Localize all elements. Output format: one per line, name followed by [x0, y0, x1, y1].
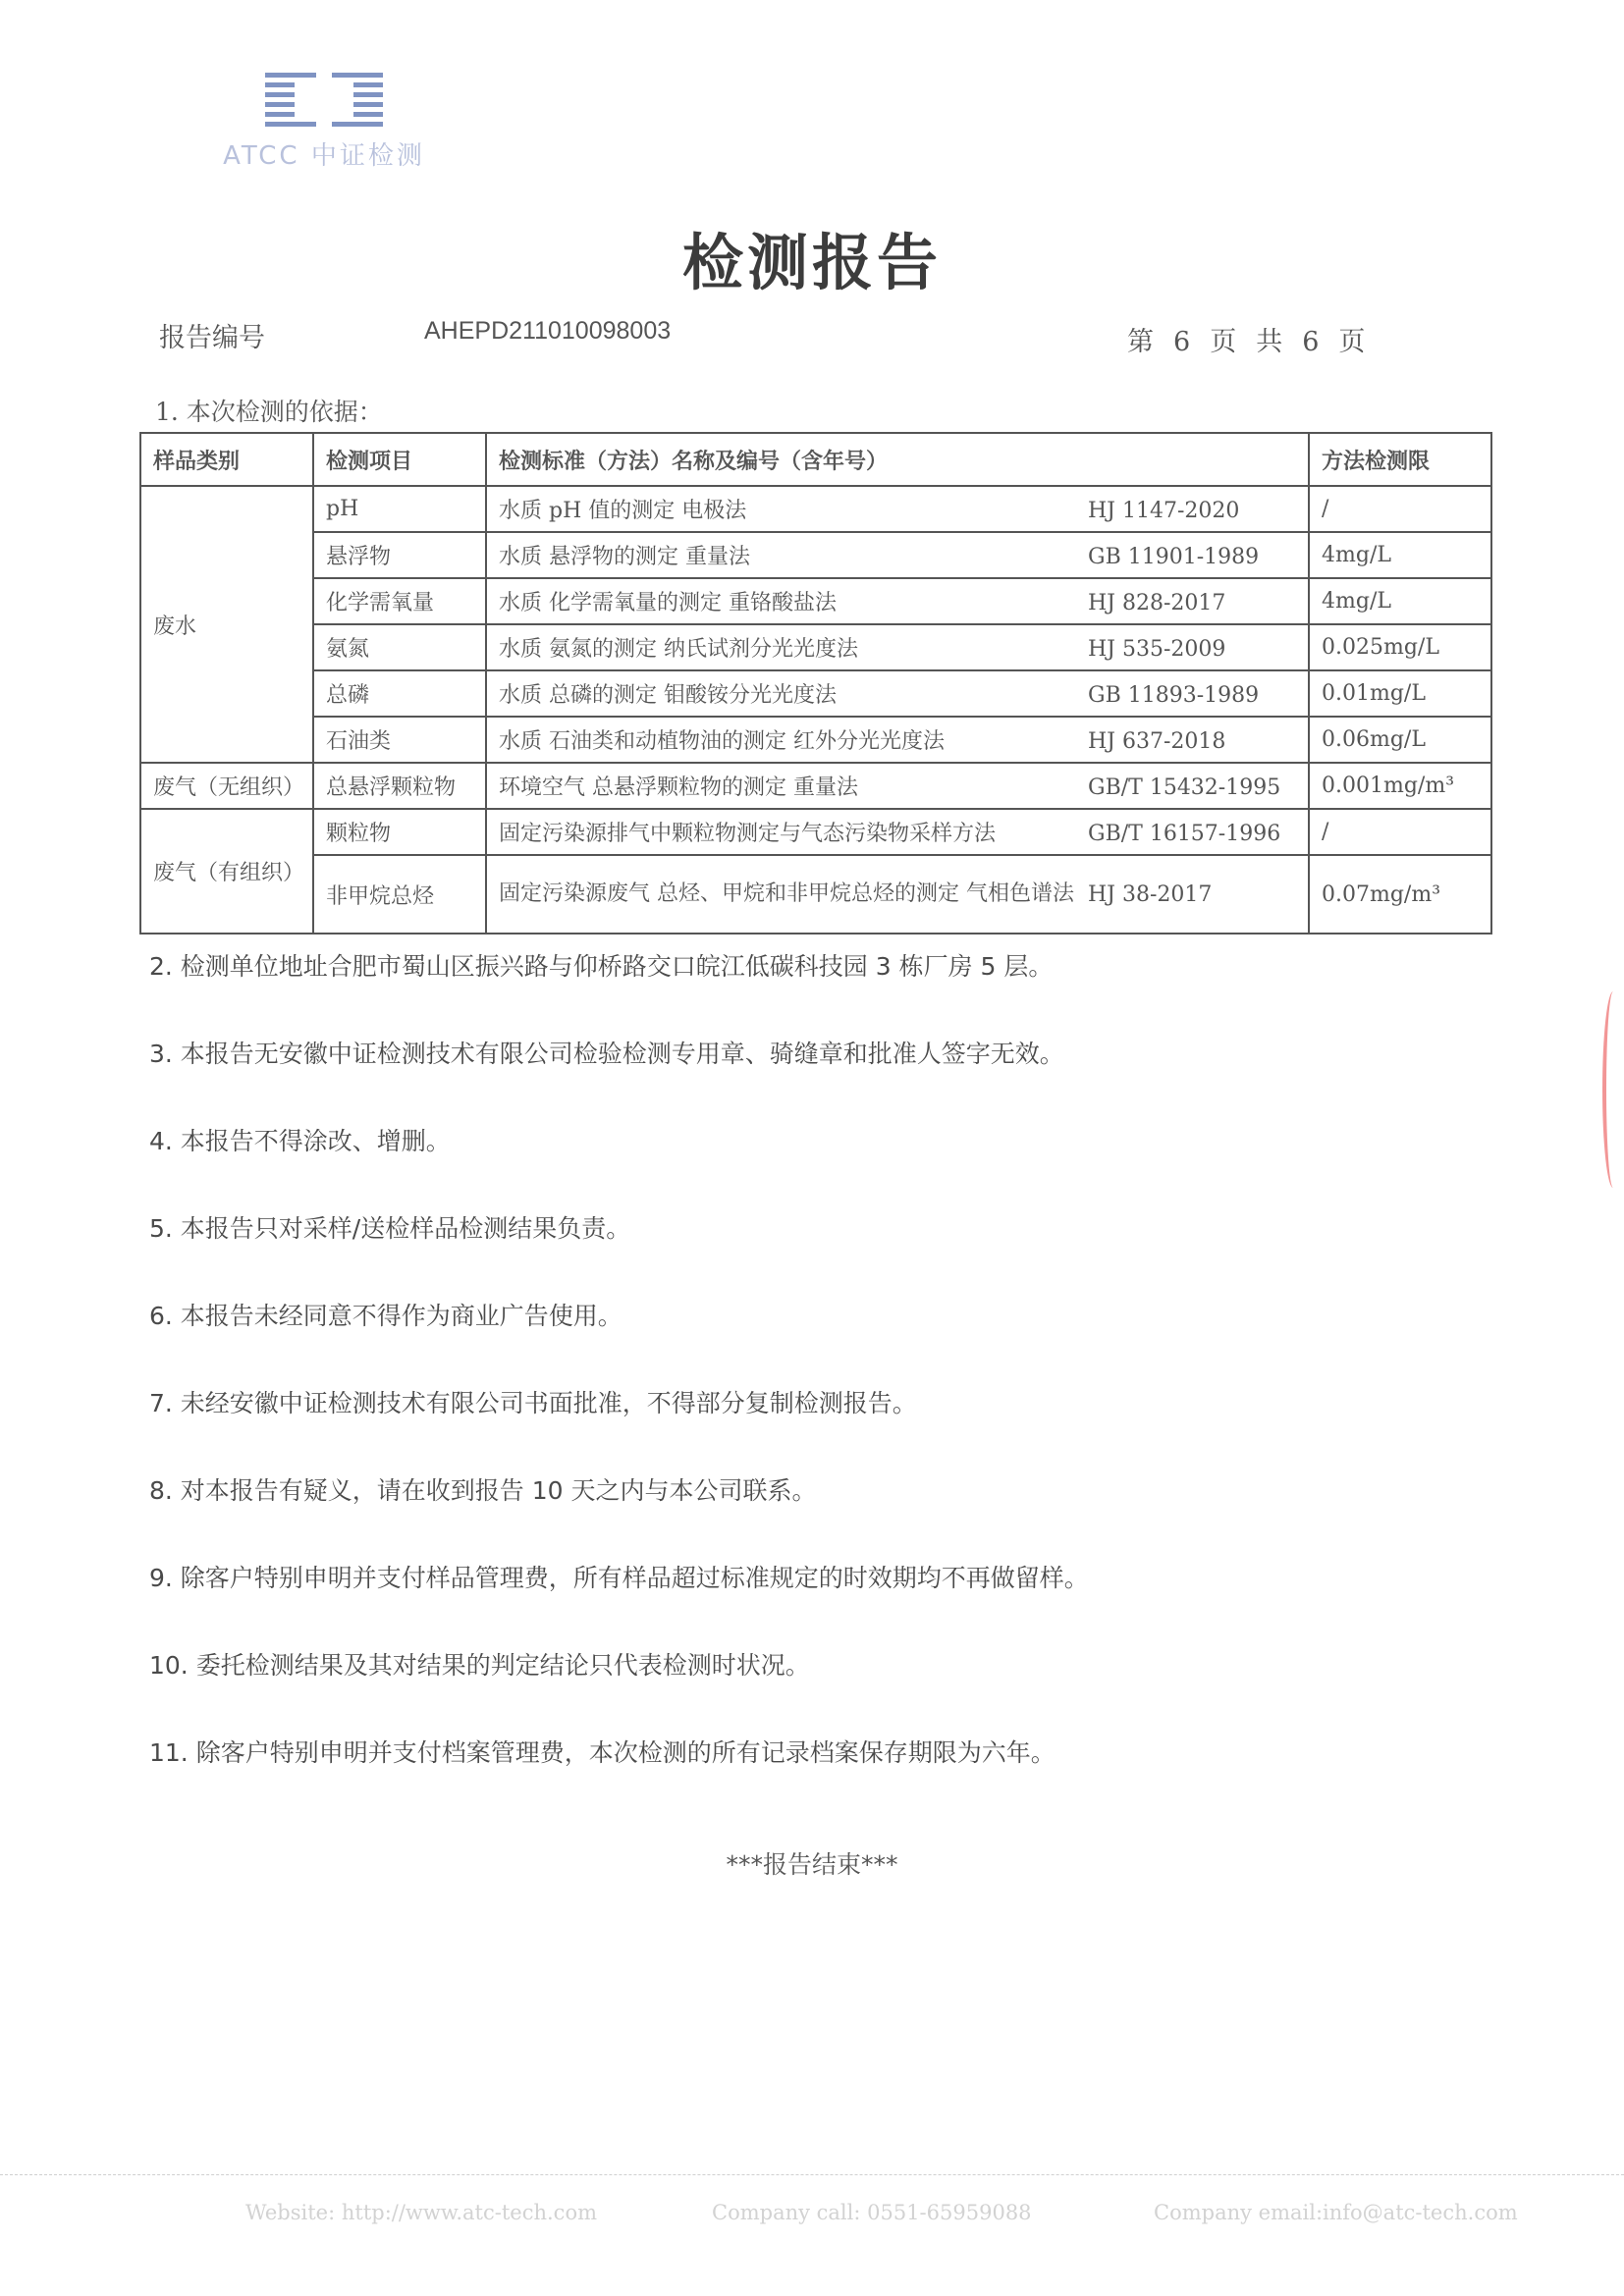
note-item: 10. 委托检测结果及其对结果的判定结论只代表检测时状况。 — [149, 1646, 1475, 1734]
note-item: 5. 本报告只对采样/送检样品检测结果负责。 — [149, 1209, 1475, 1297]
page-info-text: 第 — [1127, 327, 1154, 357]
notes-list: 2. 检测单位地址合肥市蜀山区振兴路与仰桥路交口皖江低碳科技园 3 栋厂房 5 … — [149, 947, 1475, 1821]
item-cell: 氨氮 — [313, 624, 486, 670]
header-cell: 方法检测限 — [1309, 433, 1491, 486]
method-name: 水质 氨氮的测定 纳氏试剂分光光度法 — [499, 632, 1088, 663]
report-number-label: 报告编号 — [159, 316, 265, 354]
note-item: 9. 除客户特别申明并支付样品管理费，所有样品超过标准规定的时效期均不再做留样。 — [149, 1559, 1475, 1646]
method-cell: 水质 悬浮物的测定 重量法GB 11901-1989 — [486, 532, 1309, 578]
limit-cell: 0.06mg/L — [1309, 717, 1491, 763]
seal-stamp-edge-icon — [1602, 991, 1624, 1188]
note-item: 2. 检测单位地址合肥市蜀山区振兴路与仰桥路交口皖江低碳科技园 3 栋厂房 5 … — [149, 947, 1475, 1035]
testing-basis-table: 样品类别 检测项目 检测标准（方法）名称及编号（含年号） 方法检测限 废水 pH… — [139, 432, 1492, 934]
method-name: 环境空气 总悬浮颗粒物的测定 重量法 — [499, 771, 1088, 801]
note-item: 7. 未经安徽中证检测技术有限公司书面批准，不得部分复制检测报告。 — [149, 1384, 1475, 1471]
header-cell: 检测标准（方法）名称及编号（含年号） — [486, 433, 1309, 486]
method-name: 固定污染源排气中颗粒物测定与气态污染物采样方法 — [499, 817, 1088, 847]
method-cell: 环境空气 总悬浮颗粒物的测定 重量法GB/T 15432-1995 — [486, 763, 1309, 809]
header-cell: 检测项目 — [313, 433, 486, 486]
table-row: 总磷 水质 总磷的测定 钼酸铵分光光度法GB 11893-1989 0.01mg… — [140, 670, 1491, 717]
category-cell: 废水 — [140, 486, 313, 763]
method-cell: 水质 pH 值的测定 电极法HJ 1147-2020 — [486, 486, 1309, 532]
logo-text: ATCC 中证检测 — [196, 135, 452, 172]
table-row: 废水 pH 水质 pH 值的测定 电极法HJ 1147-2020 / — [140, 486, 1491, 532]
logo-mark-icon — [265, 73, 383, 128]
method-name: 水质 悬浮物的测定 重量法 — [499, 540, 1088, 570]
limit-cell: / — [1309, 809, 1491, 855]
table-row: 废气（无组织） 总悬浮颗粒物 环境空气 总悬浮颗粒物的测定 重量法GB/T 15… — [140, 763, 1491, 809]
note-item: 8. 对本报告有疑义，请在收到报告 10 天之内与本公司联系。 — [149, 1471, 1475, 1559]
item-cell: 悬浮物 — [313, 532, 486, 578]
item-cell: 总悬浮颗粒物 — [313, 763, 486, 809]
table-header-row: 样品类别 检测项目 检测标准（方法）名称及编号（含年号） 方法检测限 — [140, 433, 1491, 486]
method-name: 固定污染源废气 总烃、甲烷和非甲烷总烃的测定 气相色谱法 — [499, 877, 1088, 912]
section-title: 1. 本次检测的依据： — [155, 393, 383, 428]
method-code: HJ 535-2009 — [1088, 637, 1225, 662]
table-row: 氨氮 水质 氨氮的测定 纳氏试剂分光光度法HJ 535-2009 0.025mg… — [140, 624, 1491, 670]
limit-cell: 0.01mg/L — [1309, 670, 1491, 717]
note-item: 3. 本报告无安徽中证检测技术有限公司检验检测专用章、骑缝章和批准人签字无效。 — [149, 1035, 1475, 1122]
total-pages: 6 — [1302, 327, 1319, 357]
limit-cell: / — [1309, 486, 1491, 532]
footer-phone: Company call: 0551-65959088 — [712, 2201, 1032, 2224]
method-code: GB/T 16157-1996 — [1088, 822, 1280, 846]
limit-cell: 4mg/L — [1309, 532, 1491, 578]
table-row: 非甲烷总烃 固定污染源废气 总烃、甲烷和非甲烷总烃的测定 气相色谱法HJ 38-… — [140, 855, 1491, 934]
method-cell: 水质 化学需氧量的测定 重铬酸盐法HJ 828-2017 — [486, 578, 1309, 624]
page-info-text: 共 — [1256, 327, 1282, 357]
company-logo: ATCC 中证检测 — [196, 59, 452, 172]
note-item: 11. 除客户特别申明并支付档案管理费，本次检测的所有记录档案保存期限为六年。 — [149, 1734, 1475, 1821]
method-name: 水质 化学需氧量的测定 重铬酸盐法 — [499, 586, 1088, 616]
method-code: GB/T 15432-1995 — [1088, 775, 1280, 800]
table-row: 悬浮物 水质 悬浮物的测定 重量法GB 11901-1989 4mg/L — [140, 532, 1491, 578]
method-name: 水质 石油类和动植物油的测定 红外分光光度法 — [499, 724, 1088, 755]
method-name: 水质 pH 值的测定 电极法 — [499, 494, 1088, 524]
limit-cell: 0.001mg/m³ — [1309, 763, 1491, 809]
item-cell: pH — [313, 486, 486, 532]
page-info-text: 页 — [1210, 327, 1236, 357]
limit-cell: 0.025mg/L — [1309, 624, 1491, 670]
item-cell: 颗粒物 — [313, 809, 486, 855]
page-info-text: 页 — [1338, 327, 1365, 357]
method-code: HJ 1147-2020 — [1088, 499, 1239, 523]
report-number: AHEPD211010098003 — [424, 317, 671, 346]
category-cell: 废气（有组织） — [140, 809, 313, 934]
footer-email: Company email:info@atc-tech.com — [1154, 2201, 1518, 2224]
item-cell: 非甲烷总烃 — [313, 855, 486, 934]
method-name: 水质 总磷的测定 钼酸铵分光光度法 — [499, 678, 1088, 709]
method-cell: 固定污染源排气中颗粒物测定与气态污染物采样方法GB/T 16157-1996 — [486, 809, 1309, 855]
footer-website: Website: http://www.atc-tech.com — [245, 2201, 597, 2224]
limit-cell: 4mg/L — [1309, 578, 1491, 624]
item-cell: 总磷 — [313, 670, 486, 717]
table-row: 废气（有组织） 颗粒物 固定污染源排气中颗粒物测定与气态污染物采样方法GB/T … — [140, 809, 1491, 855]
table-row: 化学需氧量 水质 化学需氧量的测定 重铬酸盐法HJ 828-2017 4mg/L — [140, 578, 1491, 624]
method-code: GB 11893-1989 — [1088, 683, 1259, 708]
method-code: HJ 38-2017 — [1088, 882, 1212, 907]
current-page: 6 — [1173, 327, 1190, 357]
method-cell: 水质 石油类和动植物油的测定 红外分光光度法HJ 637-2018 — [486, 717, 1309, 763]
method-code: GB 11901-1989 — [1088, 545, 1259, 569]
page-info: 第6页共6页 — [1127, 320, 1384, 358]
document-title: 检测报告 — [0, 214, 1624, 301]
method-cell: 水质 氨氮的测定 纳氏试剂分光光度法HJ 535-2009 — [486, 624, 1309, 670]
header-cell: 样品类别 — [140, 433, 313, 486]
footer-divider — [0, 2174, 1624, 2175]
item-cell: 石油类 — [313, 717, 486, 763]
report-end-mark: ***报告结束*** — [0, 1845, 1624, 1881]
limit-cell: 0.07mg/m³ — [1309, 855, 1491, 934]
table-row: 石油类 水质 石油类和动植物油的测定 红外分光光度法HJ 637-2018 0.… — [140, 717, 1491, 763]
category-cell: 废气（无组织） — [140, 763, 313, 809]
method-code: HJ 828-2017 — [1088, 591, 1225, 615]
method-cell: 固定污染源废气 总烃、甲烷和非甲烷总烃的测定 气相色谱法HJ 38-2017 — [486, 855, 1309, 934]
method-cell: 水质 总磷的测定 钼酸铵分光光度法GB 11893-1989 — [486, 670, 1309, 717]
note-item: 4. 本报告不得涂改、增删。 — [149, 1122, 1475, 1209]
note-item: 6. 本报告未经同意不得作为商业广告使用。 — [149, 1297, 1475, 1384]
method-code: HJ 637-2018 — [1088, 729, 1225, 754]
item-cell: 化学需氧量 — [313, 578, 486, 624]
